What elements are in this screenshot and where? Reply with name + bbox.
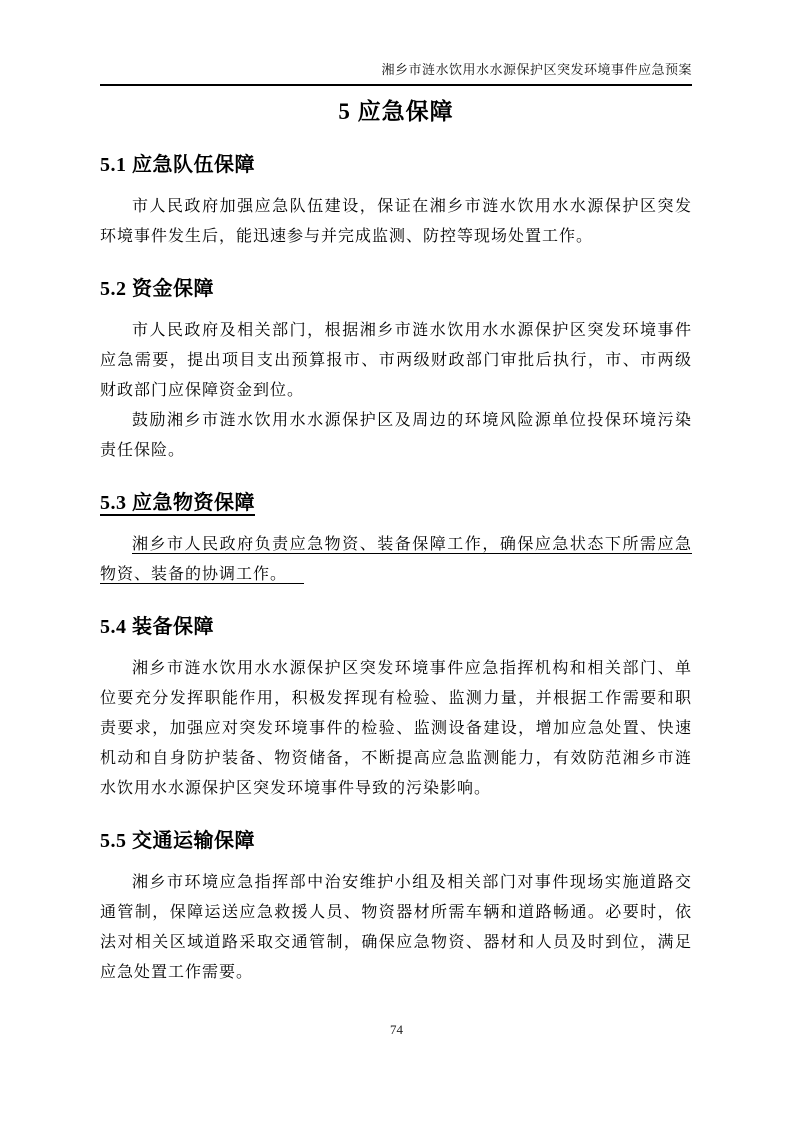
section-heading-5-3: 5.3 应急物资保障 <box>100 490 692 516</box>
paragraph: 市人民政府加强应急队伍建设，保证在湘乡市涟水饮用水水源保护区突发环境事件发生后，… <box>100 192 692 252</box>
paragraph: 鼓励湘乡市涟水饮用水水源保护区及周边的环境风险源单位投保环境污染责任保险。 <box>100 406 692 466</box>
section-supplies: 5.3 应急物资保障 湘乡市人民政府负责应急物资、装备保障工作，确保应急状态下所… <box>100 490 692 590</box>
page-number: 74 <box>0 1022 793 1038</box>
section-heading-5-1: 5.1 应急队伍保障 <box>100 152 692 178</box>
section-funding: 5.2 资金保障 市人民政府及相关部门，根据湘乡市涟水饮用水水源保护区突发环境事… <box>100 276 692 466</box>
section-emergency-team: 5.1 应急队伍保障 市人民政府加强应急队伍建设，保证在湘乡市涟水饮用水水源保护… <box>100 152 692 252</box>
paragraph: 湘乡市人民政府负责应急物资、装备保障工作，确保应急状态下所需应急物资、装备的协调… <box>100 530 692 590</box>
section-equipment: 5.4 装备保障 湘乡市涟水饮用水水源保护区突发环境事件应急指挥机构和相关部门、… <box>100 614 692 804</box>
page-header: 湘乡市涟水饮用水水源保护区突发环境事件应急预案 <box>100 62 692 86</box>
section-heading-5-5: 5.5 交通运输保障 <box>100 828 692 854</box>
section-heading-5-2: 5.2 资金保障 <box>100 276 692 302</box>
page-title: 5 应急保障 <box>100 96 692 128</box>
running-header-text: 湘乡市涟水饮用水水源保护区突发环境事件应急预案 <box>100 62 692 78</box>
paragraph: 市人民政府及相关部门，根据湘乡市涟水饮用水水源保护区突发环境事件应急需要，提出项… <box>100 316 692 406</box>
section-transport: 5.5 交通运输保障 湘乡市环境应急指挥部中治安维护小组及相关部门对事件现场实施… <box>100 828 692 988</box>
document-page: 湘乡市涟水饮用水水源保护区突发环境事件应急预案 5 应急保障 5.1 应急队伍保… <box>0 0 793 1122</box>
paragraph: 湘乡市环境应急指挥部中治安维护小组及相关部门对事件现场实施道路交通管制，保障运送… <box>100 868 692 988</box>
section-heading-5-4: 5.4 装备保障 <box>100 614 692 640</box>
paragraph: 湘乡市涟水饮用水水源保护区突发环境事件应急指挥机构和相关部门、单位要充分发挥职能… <box>100 654 692 804</box>
